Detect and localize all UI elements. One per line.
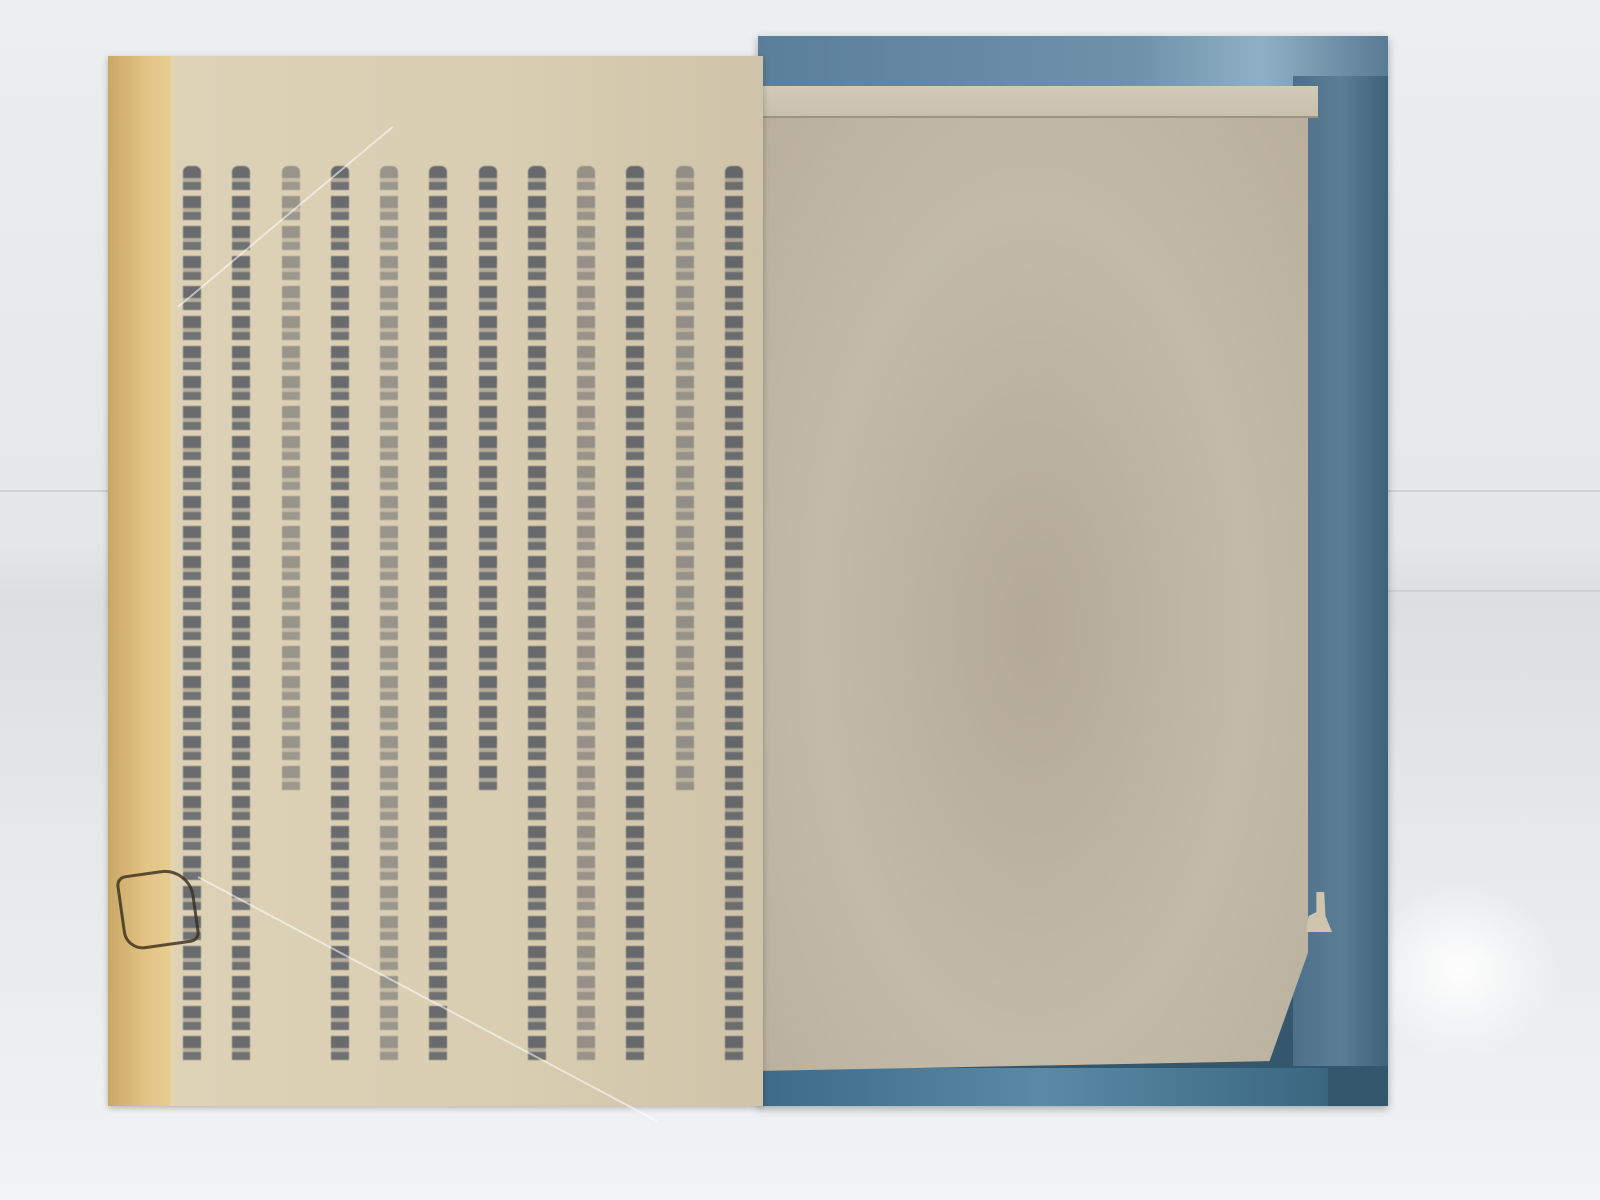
endpaper [758,86,1308,1071]
text-column [429,166,447,1066]
handwritten-page [108,56,763,1106]
text-column [479,166,497,796]
cover-bottom-edge [758,1068,1328,1106]
book-cover [758,36,1388,1106]
text-column [380,166,398,1066]
endpaper-fold [758,86,1318,118]
text-column [528,166,546,1066]
text-column [626,166,644,1066]
handwritten-text [183,166,743,1066]
text-column [331,166,349,1066]
text-column [577,166,595,1066]
text-column [725,166,743,1066]
open-book [108,36,1408,1126]
text-column [282,166,300,796]
text-column [676,166,694,796]
text-column [232,166,250,1066]
